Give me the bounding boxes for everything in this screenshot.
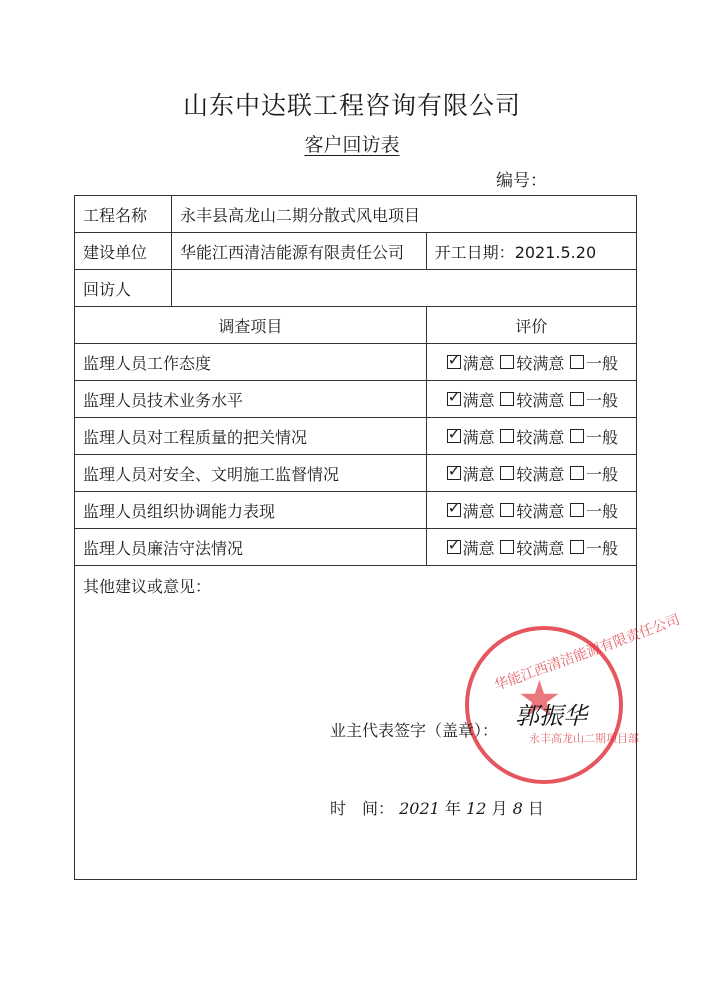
date-year: 2021 — [399, 799, 440, 818]
rating-option-label: 满意 — [463, 499, 495, 522]
date-label: 时 间： — [330, 799, 394, 818]
start-date-label: 开工日期： — [435, 243, 515, 262]
form-title-text: 客户回访表 — [304, 134, 399, 156]
rating-option[interactable]: 一般 — [570, 499, 618, 522]
survey-rating: 满意较满意一般 — [426, 418, 636, 455]
rating-option[interactable]: 较满意 — [500, 462, 564, 485]
visitor-label: 回访人 — [75, 270, 172, 307]
signature-label: 业主代表签字（盖章）： — [330, 721, 498, 740]
date-line: 时 间： 2021 年 12 月 8 日 — [330, 796, 544, 819]
rating-option[interactable]: 较满意 — [500, 388, 564, 411]
checkbox-icon[interactable] — [570, 429, 584, 443]
rating-option[interactable]: 一般 — [570, 388, 618, 411]
serial-number-label: 编号： — [496, 166, 547, 191]
visitor-value[interactable] — [172, 270, 637, 307]
rating-option-label: 较满意 — [516, 462, 564, 485]
start-date-cell[interactable]: 开工日期：2021.5.20 — [426, 233, 636, 270]
survey-item: 监理人员技术业务水平 — [75, 381, 427, 418]
builder-row: 建设单位 华能江西清洁能源有限责任公司 开工日期：2021.5.20 — [75, 233, 637, 270]
signature: 郭振华 — [515, 696, 587, 731]
rating-option[interactable]: 一般 — [570, 462, 618, 485]
checkbox-icon[interactable] — [570, 466, 584, 480]
checkbox-icon[interactable] — [570, 392, 584, 406]
checkbox-icon[interactable] — [447, 355, 461, 369]
rating-option[interactable]: 较满意 — [500, 536, 564, 559]
survey-row: 监理人员技术业务水平满意较满意一般 — [75, 381, 637, 418]
rating-option-label: 一般 — [586, 351, 618, 374]
seal-text-bottom: 永丰高龙山二期项目部 — [529, 730, 639, 746]
rating-option[interactable]: 满意 — [447, 425, 495, 448]
checkbox-icon[interactable] — [500, 503, 514, 517]
rating-option[interactable]: 一般 — [570, 536, 618, 559]
rating-option-label: 一般 — [586, 425, 618, 448]
rating-option[interactable]: 满意 — [447, 351, 495, 374]
rating-option-label: 满意 — [463, 388, 495, 411]
builder-label: 建设单位 — [75, 233, 172, 270]
rating-option[interactable]: 一般 — [570, 425, 618, 448]
survey-rating: 满意较满意一般 — [426, 529, 636, 566]
survey-rating: 满意较满意一般 — [426, 455, 636, 492]
signature-line: 业主代表签字（盖章）： — [330, 718, 498, 741]
rating-option[interactable]: 满意 — [447, 388, 495, 411]
month-unit: 月 — [491, 799, 507, 818]
rating-option[interactable]: 满意 — [447, 462, 495, 485]
checkbox-icon[interactable] — [447, 466, 461, 480]
checkbox-icon[interactable] — [500, 466, 514, 480]
checkbox-icon[interactable] — [447, 392, 461, 406]
checkbox-icon[interactable] — [570, 355, 584, 369]
survey-item: 监理人员对安全、文明施工监督情况 — [75, 455, 427, 492]
survey-row: 监理人员廉洁守法情况满意较满意一般 — [75, 529, 637, 566]
survey-item: 监理人员廉洁守法情况 — [75, 529, 427, 566]
year-unit: 年 — [445, 799, 461, 818]
comments-label: 其他建议或意见： — [83, 574, 628, 597]
builder-value[interactable]: 华能江西清洁能源有限责任公司 — [172, 233, 427, 270]
rating-option-label: 较满意 — [516, 351, 564, 374]
rating-option-label: 满意 — [463, 536, 495, 559]
checkbox-icon[interactable] — [447, 540, 461, 554]
survey-rating-header: 评价 — [426, 307, 636, 344]
rating-option-label: 较满意 — [516, 425, 564, 448]
survey-item-header: 调查项目 — [75, 307, 427, 344]
rating-option-label: 满意 — [463, 351, 495, 374]
project-value[interactable]: 永丰县高龙山二期分散式风电项目 — [172, 196, 637, 233]
rating-option[interactable]: 一般 — [570, 351, 618, 374]
checkbox-icon[interactable] — [570, 503, 584, 517]
checkbox-icon[interactable] — [500, 540, 514, 554]
form-title: 客户回访表 — [0, 130, 704, 157]
survey-rating: 满意较满意一般 — [426, 344, 636, 381]
rating-option-label: 一般 — [586, 499, 618, 522]
checkbox-icon[interactable] — [500, 429, 514, 443]
survey-row: 监理人员对安全、文明施工监督情况满意较满意一般 — [75, 455, 637, 492]
date-month: 12 — [466, 799, 486, 818]
rating-option[interactable]: 满意 — [447, 499, 495, 522]
rating-option-label: 较满意 — [516, 536, 564, 559]
rating-option-label: 一般 — [586, 462, 618, 485]
rating-option[interactable]: 较满意 — [500, 425, 564, 448]
survey-item: 监理人员组织协调能力表现 — [75, 492, 427, 529]
checkbox-icon[interactable] — [447, 429, 461, 443]
project-label: 工程名称 — [75, 196, 172, 233]
comments-cell[interactable]: 其他建议或意见： 华能江西清洁能源有限责任公司 ★ 永丰高龙山二期项目部 业主代… — [75, 566, 637, 880]
company-title: 山东中达联工程咨询有限公司 — [0, 86, 704, 122]
survey-header-row: 调查项目 评价 — [75, 307, 637, 344]
checkbox-icon[interactable] — [500, 355, 514, 369]
rating-option-label: 一般 — [586, 388, 618, 411]
date-day: 8 — [513, 799, 523, 818]
rating-option-label: 满意 — [463, 425, 495, 448]
project-row: 工程名称 永丰县高龙山二期分散式风电项目 — [75, 196, 637, 233]
rating-option-label: 较满意 — [516, 388, 564, 411]
comments-row: 其他建议或意见： 华能江西清洁能源有限责任公司 ★ 永丰高龙山二期项目部 业主代… — [75, 566, 637, 880]
day-unit: 日 — [528, 799, 544, 818]
survey-item: 监理人员对工程质量的把关情况 — [75, 418, 427, 455]
survey-row: 监理人员工作态度满意较满意一般 — [75, 344, 637, 381]
survey-rating: 满意较满意一般 — [426, 381, 636, 418]
survey-rating: 满意较满意一般 — [426, 492, 636, 529]
rating-option[interactable]: 较满意 — [500, 351, 564, 374]
rating-option-label: 一般 — [586, 536, 618, 559]
survey-row: 监理人员对工程质量的把关情况满意较满意一般 — [75, 418, 637, 455]
survey-row: 监理人员组织协调能力表现满意较满意一般 — [75, 492, 637, 529]
start-date-value: 2021.5.20 — [515, 243, 596, 262]
checkbox-icon[interactable] — [447, 503, 461, 517]
rating-option-label: 满意 — [463, 462, 495, 485]
visitor-row: 回访人 — [75, 270, 637, 307]
checkbox-icon[interactable] — [570, 540, 584, 554]
checkbox-icon[interactable] — [500, 392, 514, 406]
survey-item: 监理人员工作态度 — [75, 344, 427, 381]
visit-form-table: 工程名称 永丰县高龙山二期分散式风电项目 建设单位 华能江西清洁能源有限责任公司… — [74, 195, 637, 880]
rating-option[interactable]: 较满意 — [500, 499, 564, 522]
rating-option-label: 较满意 — [516, 499, 564, 522]
rating-option[interactable]: 满意 — [447, 536, 495, 559]
